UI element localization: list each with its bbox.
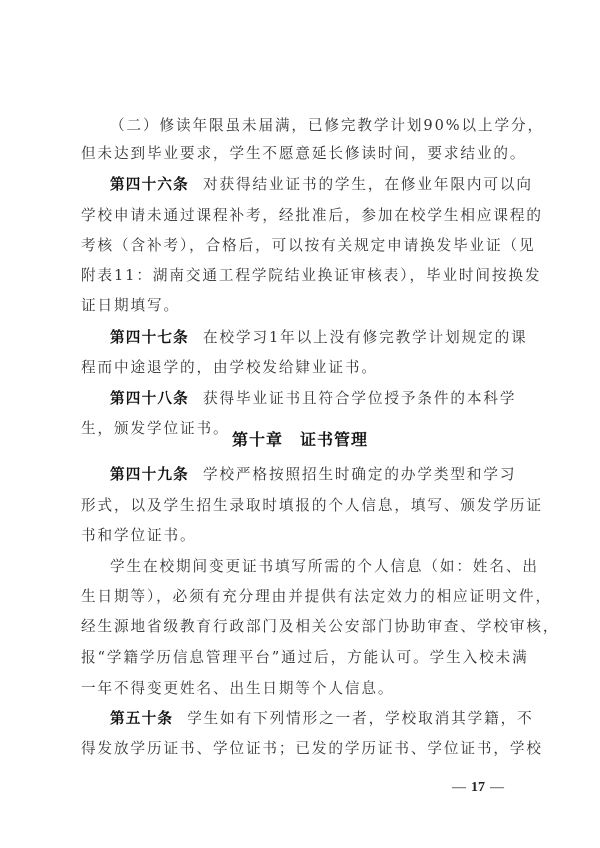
line-text: 程而中途退学的，由学校发给肄业证书。 (81, 359, 378, 376)
document-page: （二）修读年限虽未届满，已修完教学计划90%以上学分， 但未达到毕业要求，学生不… (0, 0, 600, 848)
line-text: 但未达到毕业要求，学生不愿意延长修读时间，要求结业的。 (81, 145, 526, 162)
line-text: 学生在校期间变更证书填写所需的个人信息（如：姓名、出 (110, 558, 539, 575)
line-text: 得发放学历证书、学位证书；已发的学历证书、学位证书，学校 (81, 740, 543, 757)
article-48: 第四十八条获得毕业证书且符合学位授予条件的本科学 (110, 388, 521, 410)
article-number: 第四十九条 (110, 466, 189, 483)
line-text: 在校学习1年以上没有修完教学计划规定的课 (203, 329, 528, 346)
paragraph-line: 报“学籍学历信息管理平台”通过后，方能认可。学生入校未满 (81, 647, 521, 669)
article-47: 第四十七条在校学习1年以上没有修完教学计划规定的课 (110, 327, 521, 349)
article-number: 第四十六条 (110, 176, 189, 193)
article-number: 第四十七条 (110, 329, 189, 346)
paragraph-line: 考核（含补考），合格后，可以按有关规定申请换发毕业证（见 (81, 235, 521, 257)
line-text: 报“学籍学历信息管理平台”通过后，方能认可。学生入校未满 (81, 649, 529, 666)
paragraph-line: 但未达到毕业要求，学生不愿意延长修读时间，要求结业的。 (81, 143, 521, 165)
paragraph-line: 附表11：湖南交通工程学院结业换证审核表），毕业时间按换发 (81, 265, 521, 287)
chapter-heading: 第十章 证书管理 (0, 428, 600, 452)
line-text: 考核（含补考），合格后，可以按有关规定申请换发毕业证（见 (81, 237, 536, 254)
page-number: —17— (452, 778, 504, 798)
paragraph-line: 学校申请未通过课程补考，经批准后，参加在校学生相应课程的 (81, 205, 521, 227)
paragraph-line: 形式，以及学生招生录取时填报的个人信息，填写、颁发学历证 (81, 495, 521, 517)
paragraph-line: 证日期填写。 (81, 295, 521, 317)
line-text: 学校严格按照招生时确定的办学类型和学习 (203, 466, 516, 483)
page-dash-left: — (452, 780, 466, 795)
line-text: 书和学位证书。 (81, 527, 196, 544)
article-50: 第五十条学生如有下列情形之一者，学校取消其学籍，不 (110, 708, 521, 730)
line-text: 学生如有下列情形之一者，学校取消其学籍，不 (187, 710, 533, 727)
paragraph-line: 经生源地省级教育行政部门及相关公安部门协助审查、学校审核， (81, 616, 521, 638)
paragraph-line: 书和学位证书。 (81, 525, 521, 547)
article-49: 第四十九条学校严格按照招生时确定的办学类型和学习 (110, 464, 521, 486)
paragraph-line: 一年不得变更姓名、出生日期等个人信息。 (81, 678, 521, 700)
page-number-value: 17 (471, 780, 485, 795)
paragraph-line: 生日期等），必须有充分理由并提供有法定效力的相应证明文件， (81, 586, 521, 608)
line-text: 证日期填写。 (81, 297, 180, 314)
paragraph-line: （二）修读年限虽未届满，已修完教学计划90%以上学分， (110, 115, 521, 137)
line-text: 生日期等），必须有充分理由并提供有法定效力的相应证明文件， (81, 588, 552, 605)
line-text: 形式，以及学生招生录取时填报的个人信息，填写、颁发学历证 (81, 497, 543, 514)
line-text: 学校申请未通过课程补考，经批准后，参加在校学生相应课程的 (81, 207, 543, 224)
paragraph-line: 得发放学历证书、学位证书；已发的学历证书、学位证书，学校 (81, 738, 521, 760)
line-text: （二）修读年限虽未届满，已修完教学计划90%以上学分， (110, 117, 544, 134)
paragraph-line: 程而中途退学的，由学校发给肄业证书。 (81, 357, 521, 379)
paragraph-line: 学生在校期间变更证书填写所需的个人信息（如：姓名、出 (110, 556, 521, 578)
line-text: 附表11：湖南交通工程学院结业换证审核表），毕业时间按换发 (81, 267, 541, 284)
line-text: 一年不得变更姓名、出生日期等个人信息。 (81, 680, 394, 697)
line-text: 获得毕业证书且符合学位授予条件的本科学 (203, 390, 516, 407)
article-46: 第四十六条对获得结业证书的学生，在修业年限内可以向 (110, 174, 521, 196)
line-text: 经生源地省级教育行政部门及相关公安部门协助审查、学校审核， (81, 618, 559, 635)
line-text: 对获得结业证书的学生，在修业年限内可以向 (203, 176, 533, 193)
page-dash-right: — (490, 780, 504, 795)
article-number: 第四十八条 (110, 390, 189, 407)
article-number: 第五十条 (110, 710, 173, 727)
